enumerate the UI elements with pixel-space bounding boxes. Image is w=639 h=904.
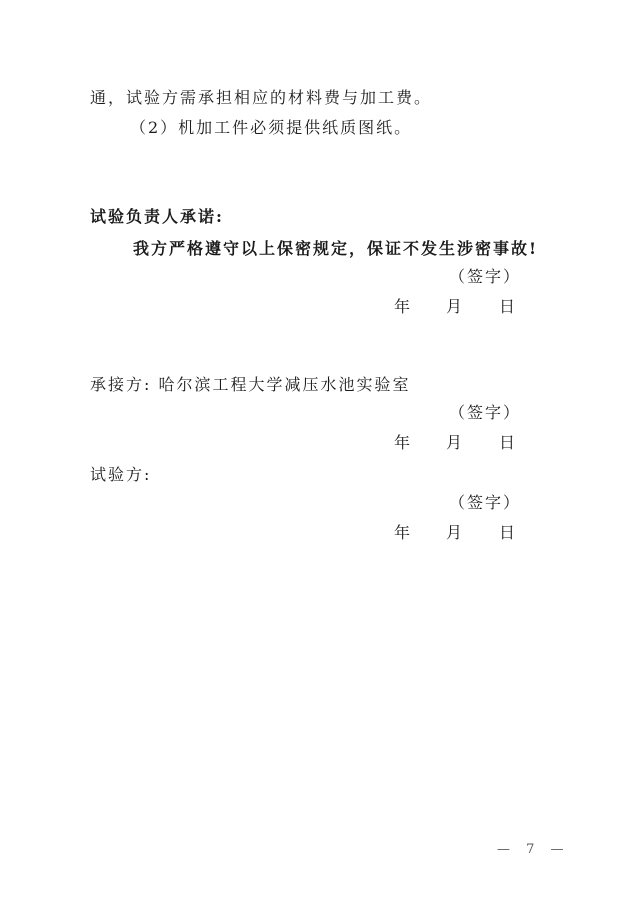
tester-year: 年 [394, 523, 410, 543]
tester-month: 月 [446, 523, 462, 543]
tester-day: 日 [499, 523, 515, 543]
promise-signature: （签字） [449, 267, 521, 287]
promise-heading: 试验负责人承诺: [90, 207, 224, 227]
tester-signature: （签字） [449, 493, 521, 513]
page-number: — 7 — [497, 842, 570, 857]
contractor-label: 承接方: 哈尔滨工程大学减压水池实验室 [90, 375, 410, 395]
promise-month: 月 [446, 297, 462, 317]
paragraph-fees: 通，试验方需承担相应的材料费与加工费。 [90, 88, 432, 108]
contractor-signature: （签字） [449, 403, 521, 423]
tester-label: 试验方: [90, 465, 151, 485]
contractor-month: 月 [446, 433, 462, 453]
paragraph-drawings: （2）机加工件必须提供纸质图纸。 [130, 118, 412, 138]
promise-day: 日 [499, 297, 515, 317]
contractor-day: 日 [499, 433, 515, 453]
promise-statement: 我方严格遵守以上保密规定，保证不发生涉密事故! [133, 239, 538, 259]
contractor-year: 年 [394, 433, 410, 453]
promise-year: 年 [394, 297, 410, 317]
